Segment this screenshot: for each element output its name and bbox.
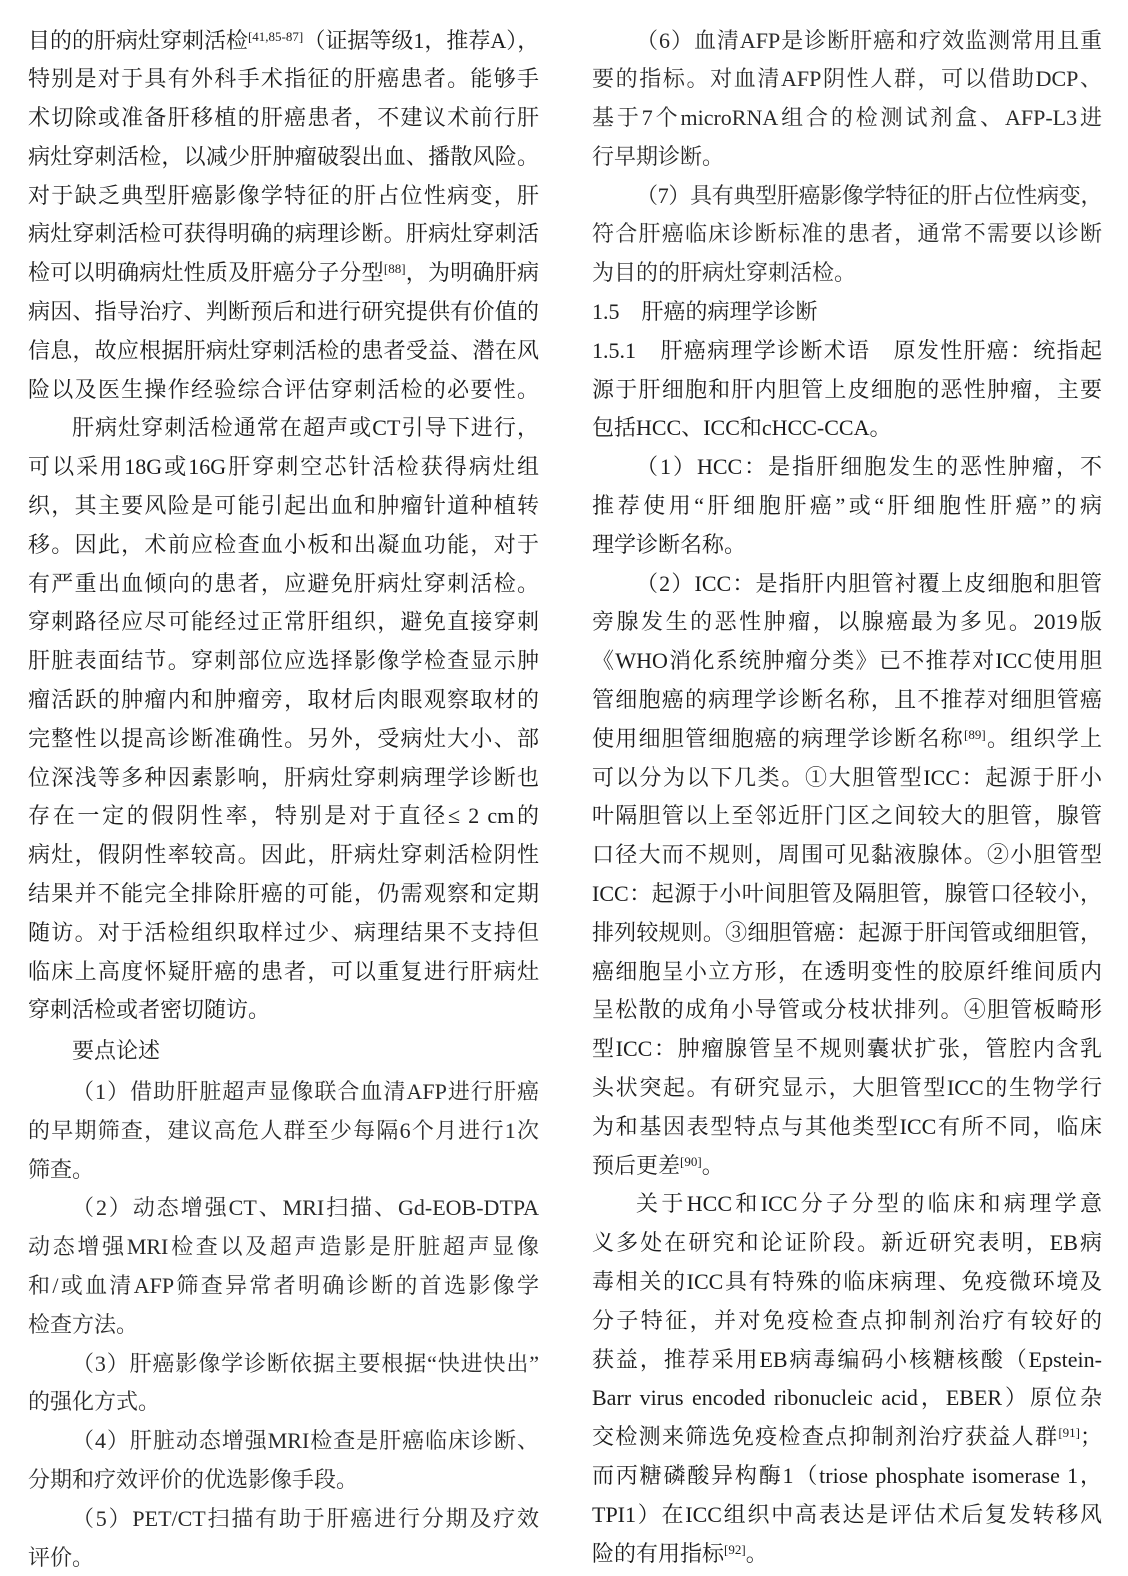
key-point-line: （1）借助肝脏超声显像联合血清AFP进行肝癌 [28, 1073, 539, 1112]
line-text: 信息，故应根据肝病灶穿刺活检的患者受益、潜在风 [28, 338, 539, 363]
line-text: 对于缺乏典型肝癌影像学特征的肝占位性病变，肝 [28, 183, 539, 208]
body-text-line: 可以采用18G或16G肝穿刺空芯针活检获得病灶组 [28, 448, 539, 487]
line-text: 结果并不能完全排除肝癌的可能，仍需观察和定期 [28, 881, 539, 906]
body-text-line: Barr virus encoded ribonucleic acid，EBER… [592, 1379, 1102, 1418]
key-point-line: （7）具有典型肝癌影像学特征的肝占位性病变， [592, 177, 1102, 216]
body-text-line: 推荐使用“肝细胞肝癌”或“肝细胞性肝癌”的病 [592, 487, 1102, 526]
body-text-line: 而丙糖磷酸异构酶1（triose phosphate isomerase 1， [592, 1457, 1102, 1496]
body-text-line: 织，其主要风险是可能引起出血和肿瘤针道种植转 [28, 487, 539, 526]
line-text: 呈松散的成角小导管或分枝状排列。④胆管板畸形 [592, 997, 1102, 1022]
line-text: 预后更差 [592, 1153, 680, 1178]
body-text-line: 头状突起。有研究显示，大胆管型ICC的生物学行 [592, 1069, 1102, 1108]
line-text: Barr virus encoded ribonucleic acid，EBER… [592, 1385, 1102, 1410]
line-text: 叶隔胆管以上至邻近肝门区之间较大的胆管，腺管 [592, 803, 1102, 828]
key-point-line: （5）PET/CT扫描有助于肝癌进行分期及疗效 [28, 1500, 539, 1539]
body-text-line: 呈松散的成角小导管或分枝状排列。④胆管板畸形 [592, 991, 1102, 1030]
line-text: （2）动态增强CT、MRI扫描、Gd-EOB-DTPA [72, 1195, 539, 1220]
body-text-line: 随访。对于活检组织取样过少、病理结果不支持但 [28, 914, 539, 953]
line-text: （3）肝癌影像学诊断依据主要根据“快进快出” [72, 1351, 539, 1376]
line-text: 穿刺活检或者密切随访。 [28, 997, 270, 1022]
line-text: 《WHO消化系统肿瘤分类》已不推荐对ICC使用胆 [592, 648, 1102, 673]
line-text: 头状突起。有研究显示，大胆管型ICC的生物学行 [592, 1075, 1102, 1100]
body-text-line: 对于缺乏典型肝癌影像学特征的肝占位性病变，肝 [28, 177, 539, 216]
line-text: 源于肝细胞和肝内胆管上皮细胞的恶性肿瘤，主要 [592, 377, 1102, 402]
body-text-line: 术切除或准备肝移植的肝癌患者，不建议术前行肝 [28, 99, 539, 138]
line-text: 险以及医生操作经验综合评估穿刺活检的必要性。 [28, 377, 539, 402]
body-text-line: 口径大而不规则，周围可见黏液腺体。②小胆管型 [592, 836, 1102, 875]
line-text: 肝病灶穿刺活检通常在超声或CT引导下进行， [72, 415, 539, 440]
body-text-line: 肝病灶穿刺活检通常在超声或CT引导下进行， [28, 409, 539, 448]
line-text: 特别是对于具有外科手术指征的肝癌患者。能够手 [28, 66, 539, 91]
body-text-line: 旁腺发生的恶性肿瘤，以腺癌最为多见。2019版 [592, 603, 1102, 642]
line-text: 检查方法。 [28, 1312, 138, 1337]
line-text: （2）ICC：是指肝内胆管衬覆上皮细胞和胆管 [636, 571, 1102, 596]
body-text-line: 存在一定的假阴性率，特别是对于直径≤ 2 cm的 [28, 797, 539, 836]
line-text: 移。因此，术前应检查血小板和出凝血功能，对于 [28, 532, 539, 557]
body-text-line: 病灶穿刺活检可获得明确的病理诊断。肝病灶穿刺活 [28, 215, 539, 254]
body-text-line: ICC：起源于小叶间胆管及隔胆管，腺管口径较小， [592, 875, 1102, 914]
body-text-line: 位深浅等多种因素影响，肝病灶穿刺病理学诊断也 [28, 759, 539, 798]
body-text-line: （2）ICC：是指肝内胆管衬覆上皮细胞和胆管 [592, 565, 1102, 604]
line-text: TPI1）在ICC组织中高表达是评估术后复发转移风 [592, 1502, 1102, 1527]
citation-superscript: [41,85-87] [248, 29, 303, 44]
line-text: （1）HCC：是指肝细胞发生的恶性肿瘤，不 [636, 454, 1102, 479]
body-text-line: 可以分为以下几类。①大胆管型ICC：起源于肝小 [592, 759, 1102, 798]
body-text-line: 信息，故应根据肝病灶穿刺活检的患者受益、潜在风 [28, 332, 539, 371]
body-text-line: 源于肝细胞和肝内胆管上皮细胞的恶性肿瘤，主要 [592, 371, 1102, 410]
body-text-line: 癌细胞呈小立方形，在透明变性的胶原纤维间质内 [592, 953, 1102, 992]
line-text: 口径大而不规则，周围可见黏液腺体。②小胆管型 [592, 842, 1102, 867]
line-text: （4）肝脏动态增强MRI检查是肝癌临床诊断、 [72, 1428, 539, 1453]
body-text-line: 义多处在研究和论证阶段。新近研究表明，EB病 [592, 1224, 1102, 1263]
body-text-line: 瘤活跃的肿瘤内和肿瘤旁，取材后肉眼观察取材的 [28, 681, 539, 720]
body-text-line: （1）HCC：是指肝细胞发生的恶性肿瘤，不 [592, 448, 1102, 487]
key-points-title: 要点论述 [28, 1032, 539, 1071]
line-text: 行早期诊断。 [592, 144, 724, 169]
line-text: 理学诊断名称。 [592, 532, 746, 557]
line-text: 为目的的肝病灶穿刺活检。 [592, 260, 856, 285]
key-point-line: 和/或血清AFP筛查异常者明确诊断的首选影像学 [28, 1267, 539, 1306]
line-text: 包括HCC、ICC和cHCC-CCA。 [592, 415, 891, 440]
left-column: 目的的肝病灶穿刺活检[41,85-87]（证据等级1，推荐A），特别是对于具有外… [28, 22, 539, 1576]
body-text-line: 病灶，假阴性率较高。因此，肝病灶穿刺活检阴性 [28, 836, 539, 875]
key-point-line: 的早期筛查，建议高危人群至少每隔6个月进行1次 [28, 1112, 539, 1151]
line-text: 肝脏表面结节。穿刺部位应选择影像学检查显示肿 [28, 648, 539, 673]
line-text: 癌细胞呈小立方形，在透明变性的胶原纤维间质内 [592, 959, 1102, 984]
citation-superscript: [88] [384, 261, 406, 276]
citation-superscript: [90] [680, 1154, 702, 1169]
body-text-line: 获益，推荐采用EB病毒编码小核糖核酸（Epstein- [592, 1341, 1102, 1380]
citation-superscript: [91] [1058, 1425, 1080, 1440]
line-text: （6）血清AFP是诊断肝癌和疗效监测常用且重 [636, 28, 1102, 53]
key-point-line: 筛查。 [28, 1151, 539, 1190]
body-text-line: 穿刺路径应尽可能经过正常肝组织，避免直接穿刺 [28, 603, 539, 642]
key-point-line: （2）动态增强CT、MRI扫描、Gd-EOB-DTPA [28, 1189, 539, 1228]
line-text: 完整性以提高诊断准确性。另外，受病灶大小、部 [28, 726, 539, 751]
line-text: （7）具有典型肝癌影像学特征的肝占位性病变， [636, 183, 1102, 208]
key-point-line: 分期和疗效评价的优选影像手段。 [28, 1461, 539, 1500]
line-text: 排列较规则。③细胆管癌：起源于肝闰管或细胆管， [592, 920, 1102, 945]
line-text-tail: ，为明确肝病 [406, 260, 539, 285]
subsection-heading-line: 1.5.1 肝癌病理学诊断术语 原发性肝癌：统指起 [592, 332, 1102, 371]
citation-superscript: [92] [724, 1542, 746, 1557]
body-text-line: 排列较规则。③细胆管癌：起源于肝闰管或细胆管， [592, 914, 1102, 953]
line-text: 使用细胆管细胞癌的病理学诊断名称 [592, 726, 964, 751]
line-text-tail: （证据等级1，推荐A）， [303, 28, 539, 53]
right-column: （6）血清AFP是诊断肝癌和疗效监测常用且重要的指标。对血清AFP阴性人群，可以… [592, 22, 1102, 1574]
line-text: ICC：起源于小叶间胆管及隔胆管，腺管口径较小， [592, 881, 1102, 906]
line-text: 评价。 [28, 1545, 94, 1570]
key-point-line: 的强化方式。 [28, 1383, 539, 1422]
body-text-line: 完整性以提高诊断准确性。另外，受病灶大小、部 [28, 720, 539, 759]
line-text: 可以分为以下几类。①大胆管型ICC：起源于肝小 [592, 765, 1102, 790]
body-text-line: 叶隔胆管以上至邻近肝门区之间较大的胆管，腺管 [592, 797, 1102, 836]
line-text: （1）借助肝脏超声显像联合血清AFP进行肝癌 [72, 1079, 539, 1104]
line-text: 基于7个microRNA组合的检测试剂盒、AFP-L3进 [592, 105, 1102, 130]
line-text: 符合肝癌临床诊断标准的患者，通常不需要以诊断 [592, 221, 1102, 246]
line-text: 位深浅等多种因素影响，肝病灶穿刺病理学诊断也 [28, 765, 539, 790]
line-text: 瘤活跃的肿瘤内和肿瘤旁，取材后肉眼观察取材的 [28, 687, 539, 712]
line-text: 而丙糖磷酸异构酶1（triose phosphate isomerase 1， [592, 1463, 1102, 1488]
line-text: 义多处在研究和论证阶段。新近研究表明，EB病 [592, 1230, 1102, 1255]
line-text: 交检测来筛选免疫检查点抑制剂治疗获益人群 [592, 1424, 1058, 1449]
key-point-line: 要的指标。对血清AFP阴性人群，可以借助DCP、 [592, 60, 1102, 99]
line-text: 管细胞癌的病理学诊断名称，且不推荐对细胆管癌 [592, 687, 1102, 712]
line-text: 获益，推荐采用EB病毒编码小核糖核酸（Epstein- [592, 1347, 1102, 1372]
line-text: 临床上高度怀疑肝癌的患者，可以重复进行肝病灶 [28, 959, 539, 984]
line-text: 险的有用指标 [592, 1541, 724, 1566]
key-point-line: （4）肝脏动态增强MRI检查是肝癌临床诊断、 [28, 1422, 539, 1461]
line-text: 筛查。 [28, 1157, 94, 1182]
key-point-line: 行早期诊断。 [592, 138, 1102, 177]
body-text-line: 关于HCC和ICC分子分型的临床和病理学意 [592, 1185, 1102, 1224]
line-text: 旁腺发生的恶性肿瘤，以腺癌最为多见。2019版 [592, 609, 1102, 634]
line-text: 随访。对于活检组织取样过少、病理结果不支持但 [28, 920, 539, 945]
body-text-line: 病因、指导治疗、判断预后和进行研究提供有价值的 [28, 293, 539, 332]
line-text: 要的指标。对血清AFP阴性人群，可以借助DCP、 [592, 66, 1102, 91]
line-text: 穿刺路径应尽可能经过正常肝组织，避免直接穿刺 [28, 609, 539, 634]
body-text-line: 病灶穿刺活检，以减少肝肿瘤破裂出血、播散风险。 [28, 138, 539, 177]
line-text: 术切除或准备肝移植的肝癌患者，不建议术前行肝 [28, 105, 539, 130]
line-text: 关于HCC和ICC分子分型的临床和病理学意 [636, 1191, 1102, 1216]
line-text: 织，其主要风险是可能引起出血和肿瘤针道种植转 [28, 493, 539, 518]
line-text-tail: 。 [746, 1541, 768, 1566]
body-text-line: 预后更差[90]。 [592, 1147, 1102, 1186]
body-text-line: 临床上高度怀疑肝癌的患者，可以重复进行肝病灶 [28, 953, 539, 992]
body-text-line: 《WHO消化系统肿瘤分类》已不推荐对ICC使用胆 [592, 642, 1102, 681]
body-text-line: 有严重出血倾向的患者，应避免肝病灶穿刺活检。 [28, 565, 539, 604]
body-text-line: 险的有用指标[92]。 [592, 1535, 1102, 1574]
key-point-line: 动态增强MRI检查以及超声造影是肝脏超声显像 [28, 1228, 539, 1267]
key-point-line: 基于7个microRNA组合的检测试剂盒、AFP-L3进 [592, 99, 1102, 138]
line-text: 1.5 肝癌的病理学诊断 [592, 299, 818, 324]
line-text: 动态增强MRI检查以及超声造影是肝脏超声显像 [28, 1234, 539, 1259]
line-text: 型ICC：肿瘤腺管呈不规则囊状扩张，管腔内含乳 [592, 1036, 1102, 1061]
key-point-line: 评价。 [28, 1539, 539, 1576]
line-text: 分期和疗效评价的优选影像手段。 [28, 1467, 358, 1492]
line-text: 要点论述 [72, 1038, 160, 1063]
line-text: 目的的肝病灶穿刺活检 [28, 28, 248, 53]
body-text-line: 结果并不能完全排除肝癌的可能，仍需观察和定期 [28, 875, 539, 914]
line-text: 的早期筛查，建议高危人群至少每隔6个月进行1次 [28, 1118, 539, 1143]
key-point-line: （6）血清AFP是诊断肝癌和疗效监测常用且重 [592, 22, 1102, 61]
body-text-line: 险以及医生操作经验综合评估穿刺活检的必要性。 [28, 371, 539, 410]
body-text-line: 毒相关的ICC具有特殊的临床病理、免疫微环境及 [592, 1263, 1102, 1302]
line-text-tail: 。组织学上 [986, 726, 1102, 751]
line-text: 毒相关的ICC具有特殊的临床病理、免疫微环境及 [592, 1269, 1102, 1294]
line-text: 和/或血清AFP筛查异常者明确诊断的首选影像学 [28, 1273, 539, 1298]
line-text: 可以采用18G或16G肝穿刺空芯针活检获得病灶组 [28, 454, 539, 479]
line-text: 1.5.1 肝癌病理学诊断术语 原发性肝癌：统指起 [592, 338, 1102, 363]
line-text: （5）PET/CT扫描有助于肝癌进行分期及疗效 [72, 1506, 539, 1531]
document-page: 目的的肝病灶穿刺活检[41,85-87]（证据等级1，推荐A），特别是对于具有外… [0, 0, 1128, 1576]
key-point-line: （3）肝癌影像学诊断依据主要根据“快进快出” [28, 1345, 539, 1384]
key-point-line: 检查方法。 [28, 1306, 539, 1345]
line-text: 分子特征，并对免疫检查点抑制剂治疗有较好的 [592, 1308, 1102, 1333]
line-text: 推荐使用“肝细胞肝癌”或“肝细胞性肝癌”的病 [592, 493, 1102, 518]
body-text-line: 目的的肝病灶穿刺活检[41,85-87]（证据等级1，推荐A）， [28, 22, 539, 61]
body-text-line: 为和基因表型特点与其他类型ICC有所不同，临床 [592, 1108, 1102, 1147]
line-text-tail: ； [1080, 1424, 1102, 1449]
body-text-line: 检可以明确病灶性质及肝癌分子分型[88]，为明确肝病 [28, 254, 539, 293]
line-text: 病灶，假阴性率较高。因此，肝病灶穿刺活检阴性 [28, 842, 539, 867]
body-text-line: 交检测来筛选免疫检查点抑制剂治疗获益人群[91]； [592, 1418, 1102, 1457]
body-text-line: 理学诊断名称。 [592, 526, 1102, 565]
line-text: 病灶穿刺活检可获得明确的病理诊断。肝病灶穿刺活 [28, 221, 539, 246]
line-text: 的强化方式。 [28, 1389, 160, 1414]
line-text: 病灶穿刺活检，以减少肝肿瘤破裂出血、播散风险。 [28, 144, 539, 169]
body-text-line: 使用细胆管细胞癌的病理学诊断名称[89]。组织学上 [592, 720, 1102, 759]
body-text-line: 穿刺活检或者密切随访。 [28, 991, 539, 1030]
key-point-line: 符合肝癌临床诊断标准的患者，通常不需要以诊断 [592, 215, 1102, 254]
line-text: 有严重出血倾向的患者，应避免肝病灶穿刺活检。 [28, 571, 539, 596]
line-text: 为和基因表型特点与其他类型ICC有所不同，临床 [592, 1114, 1102, 1139]
body-text-line: 型ICC：肿瘤腺管呈不规则囊状扩张，管腔内含乳 [592, 1030, 1102, 1069]
line-text: 检可以明确病灶性质及肝癌分子分型 [28, 260, 384, 285]
body-text-line: 分子特征，并对免疫检查点抑制剂治疗有较好的 [592, 1302, 1102, 1341]
body-text-line: 移。因此，术前应检查血小板和出凝血功能，对于 [28, 526, 539, 565]
line-text: 存在一定的假阴性率，特别是对于直径≤ 2 cm的 [28, 803, 539, 828]
body-text-line: 管细胞癌的病理学诊断名称，且不推荐对细胆管癌 [592, 681, 1102, 720]
line-text: 病因、指导治疗、判断预后和进行研究提供有价值的 [28, 299, 539, 324]
citation-superscript: [89] [964, 727, 986, 742]
body-text-line: 包括HCC、ICC和cHCC-CCA。 [592, 409, 1102, 448]
body-text-line: 肝脏表面结节。穿刺部位应选择影像学检查显示肿 [28, 642, 539, 681]
section-heading: 1.5 肝癌的病理学诊断 [592, 293, 1102, 332]
body-text-line: 特别是对于具有外科手术指征的肝癌患者。能够手 [28, 60, 539, 99]
key-point-line: 为目的的肝病灶穿刺活检。 [592, 254, 1102, 293]
body-text-line: TPI1）在ICC组织中高表达是评估术后复发转移风 [592, 1496, 1102, 1535]
line-text-tail: 。 [702, 1153, 724, 1178]
